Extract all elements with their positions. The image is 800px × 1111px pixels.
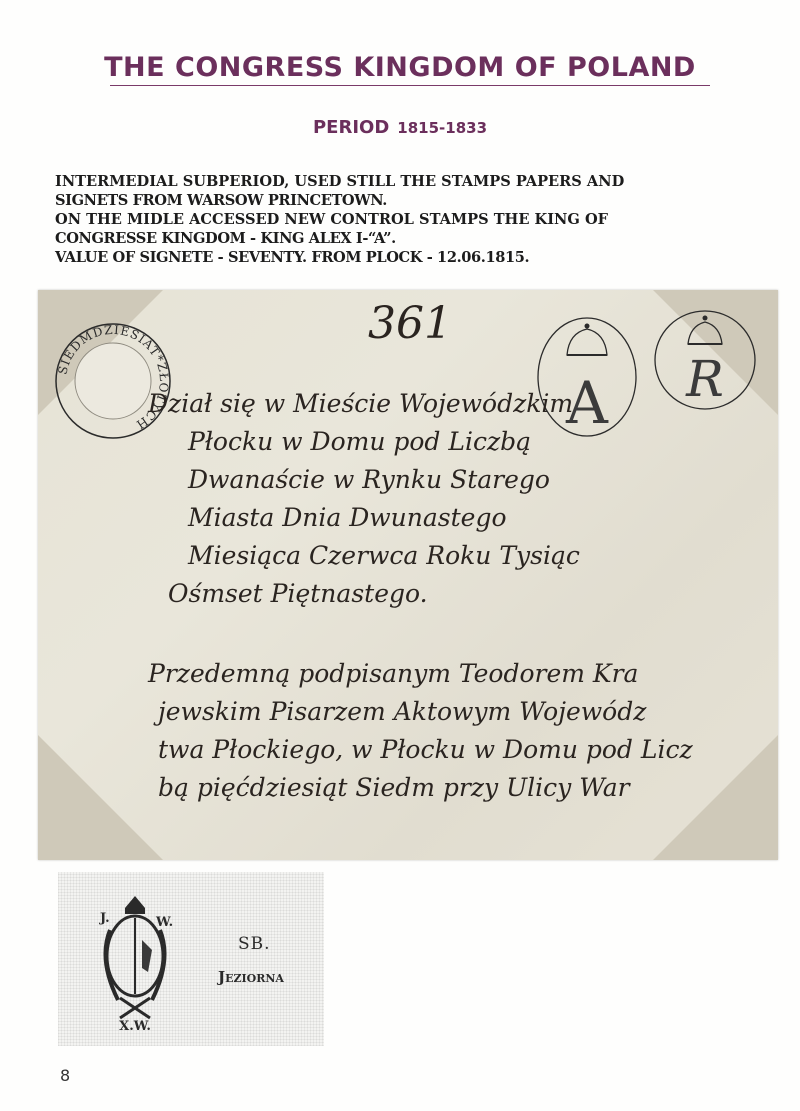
description: INTERMEDIAL SUBPERIOD, USED STILL THE ST… [55, 172, 753, 267]
description-line: CONGRESSE KINGDOM - KING ALEX I-“A”. [55, 229, 753, 248]
handwritten-line: twa Płockiego, w Płocku w Domu pod Licz [148, 731, 748, 769]
handwritten-line: bą pięćdziesiąt Siedm przy Ulicy War [148, 769, 748, 807]
description-line: SIGNETS FROM WARSOW PRINCETOWN. [55, 191, 753, 210]
handwritten-line: Miasta Dnia Dwunastego [148, 499, 748, 537]
watermark-text-jeziorna: Jeziorna [218, 968, 284, 986]
handwritten-line: Przedemną podpisanym Teodorem Kra [148, 655, 748, 693]
description-line: VALUE OF SIGNETE - SEVENTY. FROM PLOCK -… [55, 248, 753, 267]
handwritten-text: Dział się w Mieście Wojewódzkim Płocku w… [148, 385, 748, 807]
page-title: THE CONGRESS KINGDOM OF POLAND [0, 52, 800, 83]
svg-text:X.W.: X.W. [119, 1019, 151, 1030]
watermark-image: J. W. X.W. SB. Jeziorna [58, 872, 324, 1046]
handwritten-line: Płocku w Domu pod Liczbą [148, 423, 748, 461]
period-label: PERIOD [313, 117, 389, 138]
handwritten-line: Miesiąca Czerwca Roku Tysiąc [148, 537, 748, 575]
description-line: INTERMEDIAL SUBPERIOD, USED STILL THE ST… [55, 172, 753, 191]
handwritten-line: jewskim Pisarzem Aktowym Wojewódz [148, 693, 748, 731]
svg-text:W.: W. [155, 915, 173, 930]
handwritten-line: Ośmset Piętnastego. [148, 575, 748, 613]
handwritten-line: Dział się w Mieście Wojewódzkim [148, 385, 748, 423]
letter-scan: SIEDMDZIESIAT*ZŁOTYCH 361 A R Dział się … [38, 290, 778, 860]
period-years: 1815-1833 [397, 119, 487, 137]
coat-of-arms-icon: J. W. X.W. [90, 890, 180, 1034]
period-heading: PERIOD1815-1833 [0, 117, 800, 138]
title-underline [110, 85, 710, 86]
description-line: ON THE MIDLE ACCESSED NEW CONTROL STAMPS… [55, 210, 753, 229]
page-number: 8 [60, 1066, 70, 1085]
photo-corner [38, 735, 163, 860]
handwritten-line: Dwanaście w Rynku Starego [148, 461, 748, 499]
letter-number: 361 [368, 298, 452, 349]
svg-text:J.: J. [99, 911, 110, 926]
watermark-text-sb: SB. [238, 934, 271, 954]
